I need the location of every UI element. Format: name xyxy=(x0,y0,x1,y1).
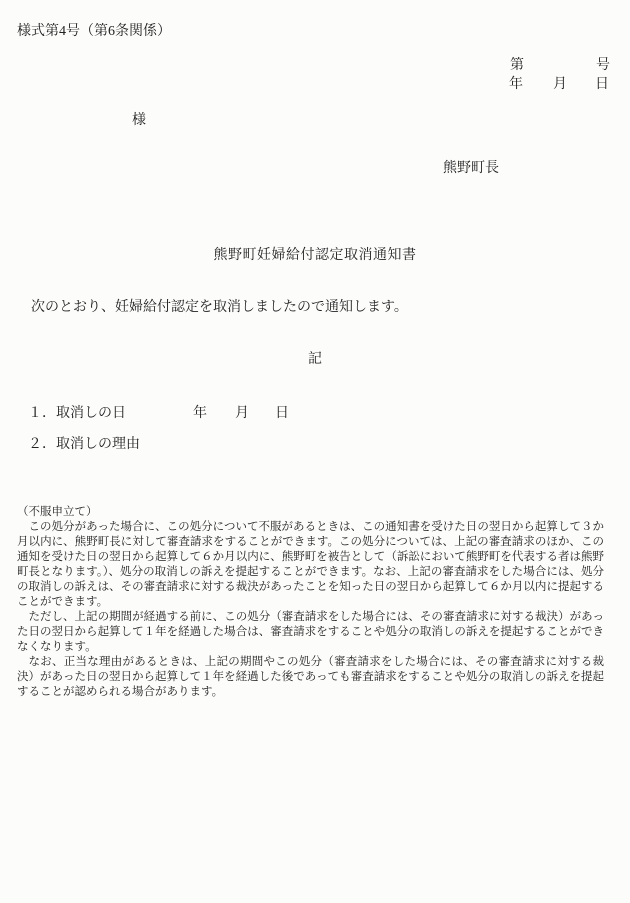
notice-document-page: 様式第4号（第6条関係） 第 号 年 月 日 様 熊野町長 熊野町妊婦給付認定取… xyxy=(0,0,630,903)
document-title: 熊野町妊婦給付認定取消通知書 xyxy=(0,248,630,264)
date-day-label: 日 xyxy=(595,77,609,93)
item1-year-label: 年 xyxy=(193,406,207,422)
record-marker: 記 xyxy=(0,352,630,368)
issuer-name: 熊野町長 xyxy=(443,161,499,177)
doc-number-prefix: 第 xyxy=(510,58,524,74)
doc-number-suffix: 号 xyxy=(596,58,610,74)
item1-day-label: 日 xyxy=(275,406,289,422)
date-month-label: 月 xyxy=(553,77,567,93)
appeal-heading: （不服申立て） xyxy=(17,505,604,520)
addressee-honorific: 様 xyxy=(132,113,146,129)
item2-label: ２．取消しの理由 xyxy=(28,437,140,453)
appeal-paragraph: この処分があった場合に、この処分について不服があるときは、この通知書を受けた日の… xyxy=(17,520,604,610)
appeal-notice-section: （不服申立て） この処分があった場合に、この処分について不服があるときは、この通… xyxy=(17,505,604,700)
date-year-label: 年 xyxy=(509,77,523,93)
item1-month-label: 月 xyxy=(235,406,249,422)
item1-label: １．取消しの日 xyxy=(28,406,126,422)
appeal-paragraph: ただし、上記の期間が経過する前に、この処分（審査請求をした場合には、その審査請求… xyxy=(17,610,604,655)
form-number-label: 様式第4号（第6条関係） xyxy=(17,24,171,40)
intro-sentence: 次のとおり、妊婦給付認定を取消しましたので通知します。 xyxy=(17,300,408,316)
appeal-paragraph: なお、正当な理由があるときは、上記の期間やこの処分（審査請求をした場合には、その… xyxy=(17,655,604,700)
